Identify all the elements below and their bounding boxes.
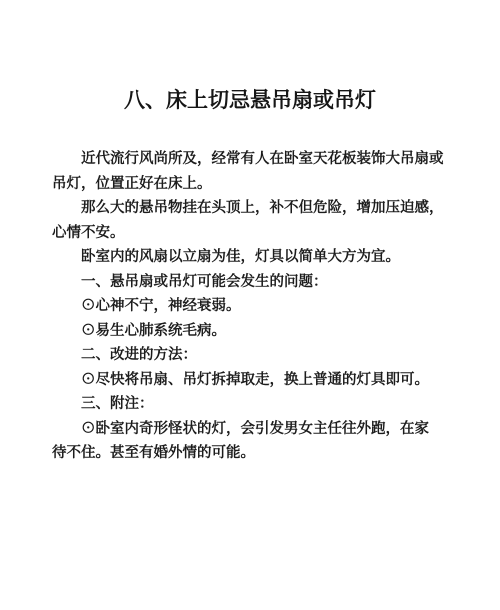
text-line-paragraph-start: 那么大的悬吊物挂在头顶上，补不但危险，增加压迫感， [52,196,452,221]
text-line-section-heading: 三、附注： [52,392,452,417]
text-line-paragraph-start: 近代流行风尚所及，经常有人在卧室天花板装饰大吊扇或 [52,147,452,172]
text-line-bullet-item: ⊙卧室内奇形怪状的灯，会引发男女主任往外跑，在家 [52,417,452,442]
text-line-section-heading: 二、改进的方法： [52,343,452,368]
article-page: 八、床上切忌悬吊扇或吊灯 近代流行风尚所及，经常有人在卧室天花板装饰大吊扇或 吊… [0,0,500,610]
article-body: 近代流行风尚所及，经常有人在卧室天花板装饰大吊扇或 吊灯，位置正好在床上。 那么… [52,147,452,466]
text-line-bullet-item: ⊙心神不宁，神经衰弱。 [52,294,452,319]
text-line-continuation: 吊灯，位置正好在床上。 [52,172,452,197]
text-line-section-heading: 一、悬吊扇或吊灯可能会发生的问题： [52,270,452,295]
text-line-continuation: 待不住。甚至有婚外情的可能。 [52,441,452,466]
text-line-bullet-item: ⊙易生心肺系统毛病。 [52,319,452,344]
text-line-paragraph-start: 卧室内的风扇以立扇为佳，灯具以简单大方为宜。 [52,245,452,270]
text-line-continuation: 心情不安。 [52,221,452,246]
text-line-bullet-item: ⊙尽快将吊扇、吊灯拆掉取走，换上普通的灯具即可。 [52,368,452,393]
page-title: 八、床上切忌悬吊扇或吊灯 [0,88,500,113]
